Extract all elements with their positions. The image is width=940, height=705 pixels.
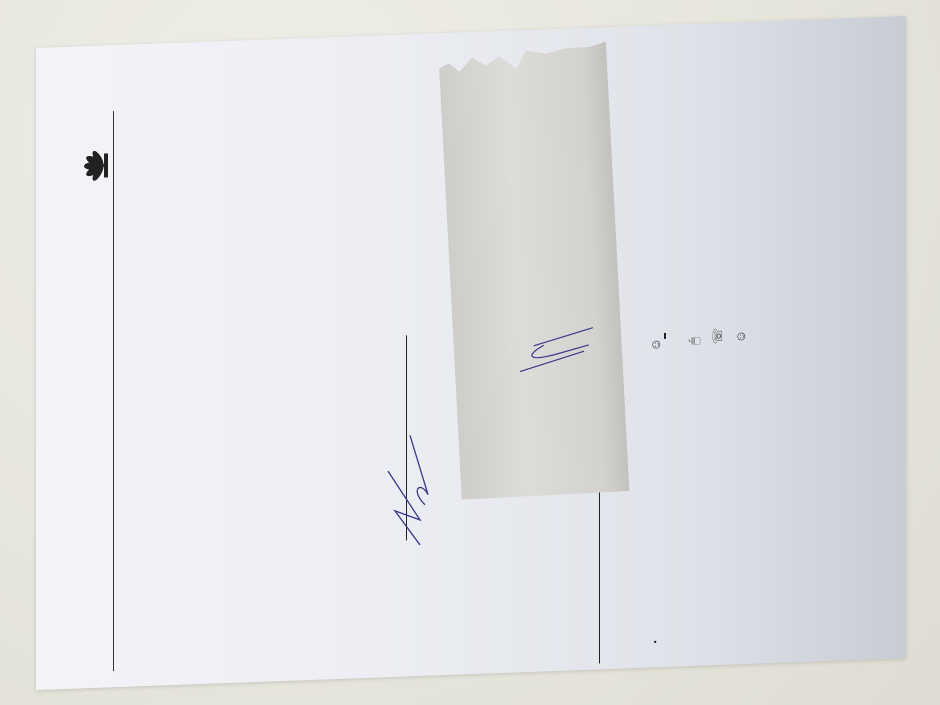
waratah-icon <box>68 111 112 183</box>
receipt-signature-scribble <box>513 322 605 377</box>
bullet-dot: • <box>650 640 660 643</box>
person-icon: ☺ <box>733 330 748 344</box>
telephone-icon: ☏ <box>710 327 726 344</box>
renewal-bullet: • <box>650 343 661 643</box>
brake-report-receipt <box>438 42 629 500</box>
person-icon: ☺ <box>648 338 663 352</box>
title-divider <box>113 111 114 671</box>
bpay-logo <box>664 333 666 339</box>
examiner-signature <box>380 429 450 552</box>
mouse-icon: 🖱 <box>686 337 702 345</box>
